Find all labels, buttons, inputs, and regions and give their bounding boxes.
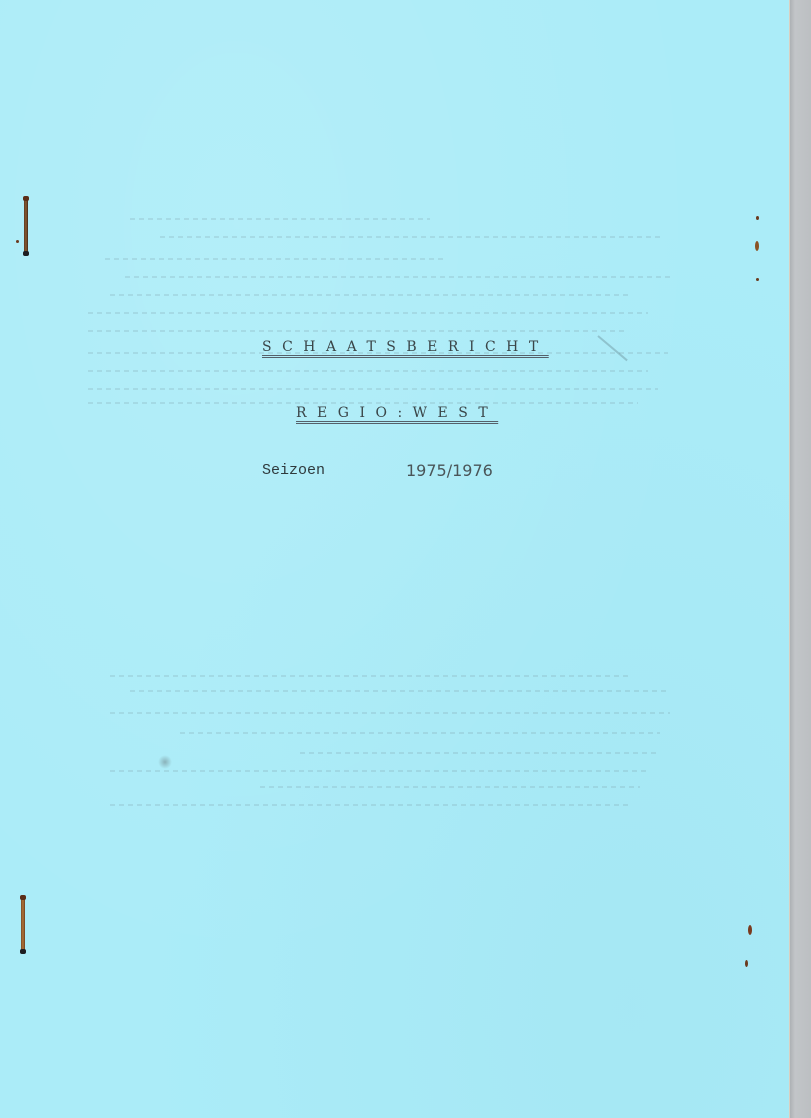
rust-mark [756, 278, 759, 281]
season-value: 1975/1976 [406, 461, 493, 480]
rust-mark [748, 925, 752, 935]
document-title: SCHAATSBERICHT [262, 339, 549, 355]
staple-bottom [21, 897, 25, 952]
scanner-backdrop [789, 0, 811, 1118]
cover-page: SCHAATSBERICHT REGIO:WEST Seizoen 1975/1… [0, 0, 790, 1118]
rust-mark [756, 216, 759, 220]
rust-mark [755, 241, 759, 251]
rust-mark [16, 240, 19, 243]
staple-top [24, 198, 28, 254]
season-label: Seizoen [262, 462, 325, 479]
ink-smudge [158, 755, 172, 769]
paper-crease [597, 335, 627, 361]
region-heading: REGIO:WEST [296, 405, 498, 421]
rust-mark [745, 960, 748, 967]
